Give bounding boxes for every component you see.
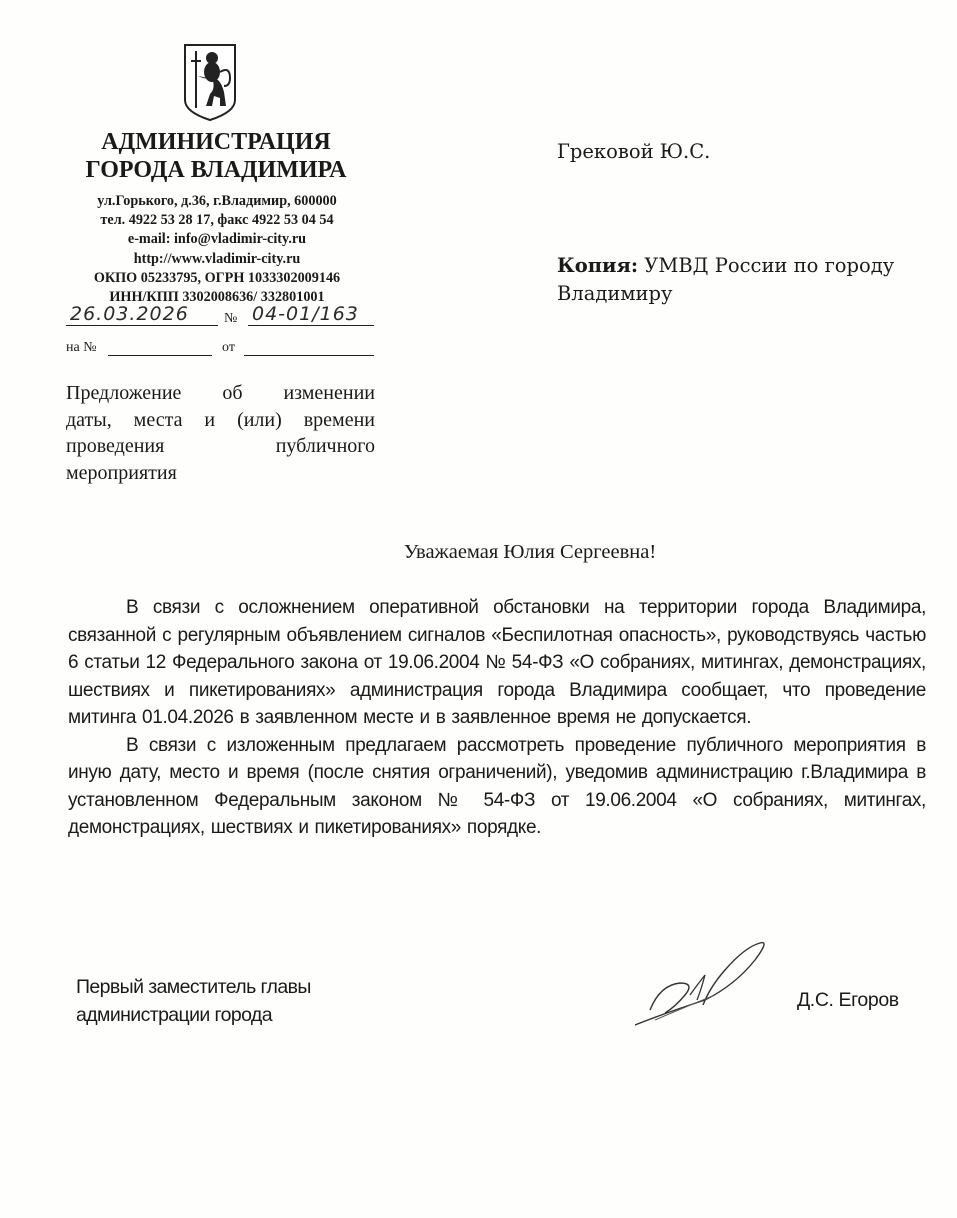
greeting: Уважаемая Юлия Сергеевна!	[0, 541, 957, 564]
addressee: Грековой Ю.С.	[557, 140, 710, 163]
org-name-line-2: ГОРОДА ВЛАДИМИРА	[66, 156, 366, 184]
org-email: e-mail: info@vladimir-city.ru	[66, 230, 368, 249]
letter-body: В связи с осложнением оперативной обстан…	[68, 594, 926, 842]
reply-date-blank	[244, 355, 374, 356]
signer-position: Первый заместитель главы администрации г…	[76, 973, 311, 1029]
org-phone-fax: тел. 4922 53 28 17, факс 4922 53 04 54	[66, 211, 368, 230]
body-paragraph-2: В связи с изложенным предлагаем рассмотр…	[68, 732, 926, 842]
registration-number: 04-01/163	[252, 303, 359, 325]
copy-label: Копия:	[557, 254, 638, 277]
org-website: http://www.vladimir-city.ru	[66, 250, 368, 269]
org-address: ул.Горького, д.36, г.Владимир, 600000	[66, 192, 368, 211]
reply-to-label: на №	[66, 340, 97, 356]
reply-number-blank	[108, 355, 212, 356]
copy-line-1: УМВД России по городу	[644, 254, 894, 277]
subject-line-3: проведения публичного	[66, 433, 375, 460]
registration-date: 26.03.2026	[70, 303, 189, 325]
subject-line-2: даты, места и (или) времени	[66, 407, 375, 434]
reply-from-label: от	[222, 340, 235, 356]
organization-contacts: ул.Горького, д.36, г.Владимир, 600000 те…	[66, 192, 368, 307]
handwritten-signature-icon	[625, 935, 775, 1030]
org-name-line-1: АДМИНИСТРАЦИЯ	[66, 128, 366, 156]
signer-position-line-1: Первый заместитель главы	[76, 973, 311, 1001]
date-underline	[66, 325, 218, 326]
copy-line-2: Владимиру	[557, 282, 672, 305]
reply-reference: на № от	[66, 338, 376, 362]
signer-name: Д.С. Егоров	[797, 989, 899, 1012]
signer-position-line-2: администрации города	[76, 1001, 311, 1029]
subject-line-1: Предложение об изменении	[66, 380, 375, 407]
letter-subject: Предложение об изменении даты, места и (…	[66, 380, 375, 486]
organization-name: АДМИНИСТРАЦИЯ ГОРОДА ВЛАДИМИРА	[66, 128, 366, 184]
registration-date-number: 26.03.2026 № 04-01/163	[66, 305, 376, 329]
number-underline	[248, 325, 374, 326]
subject-line-4: мероприятия	[66, 460, 375, 487]
copy-recipient: Копия: УМВД России по городу Владимиру	[557, 252, 917, 308]
org-okpo-ogrn: ОКПО 05233795, ОГРН 1033302009146	[66, 269, 368, 288]
coat-of-arms-icon	[182, 42, 238, 122]
number-label: №	[224, 311, 237, 327]
body-paragraph-1: В связи с осложнением оперативной обстан…	[68, 594, 926, 732]
